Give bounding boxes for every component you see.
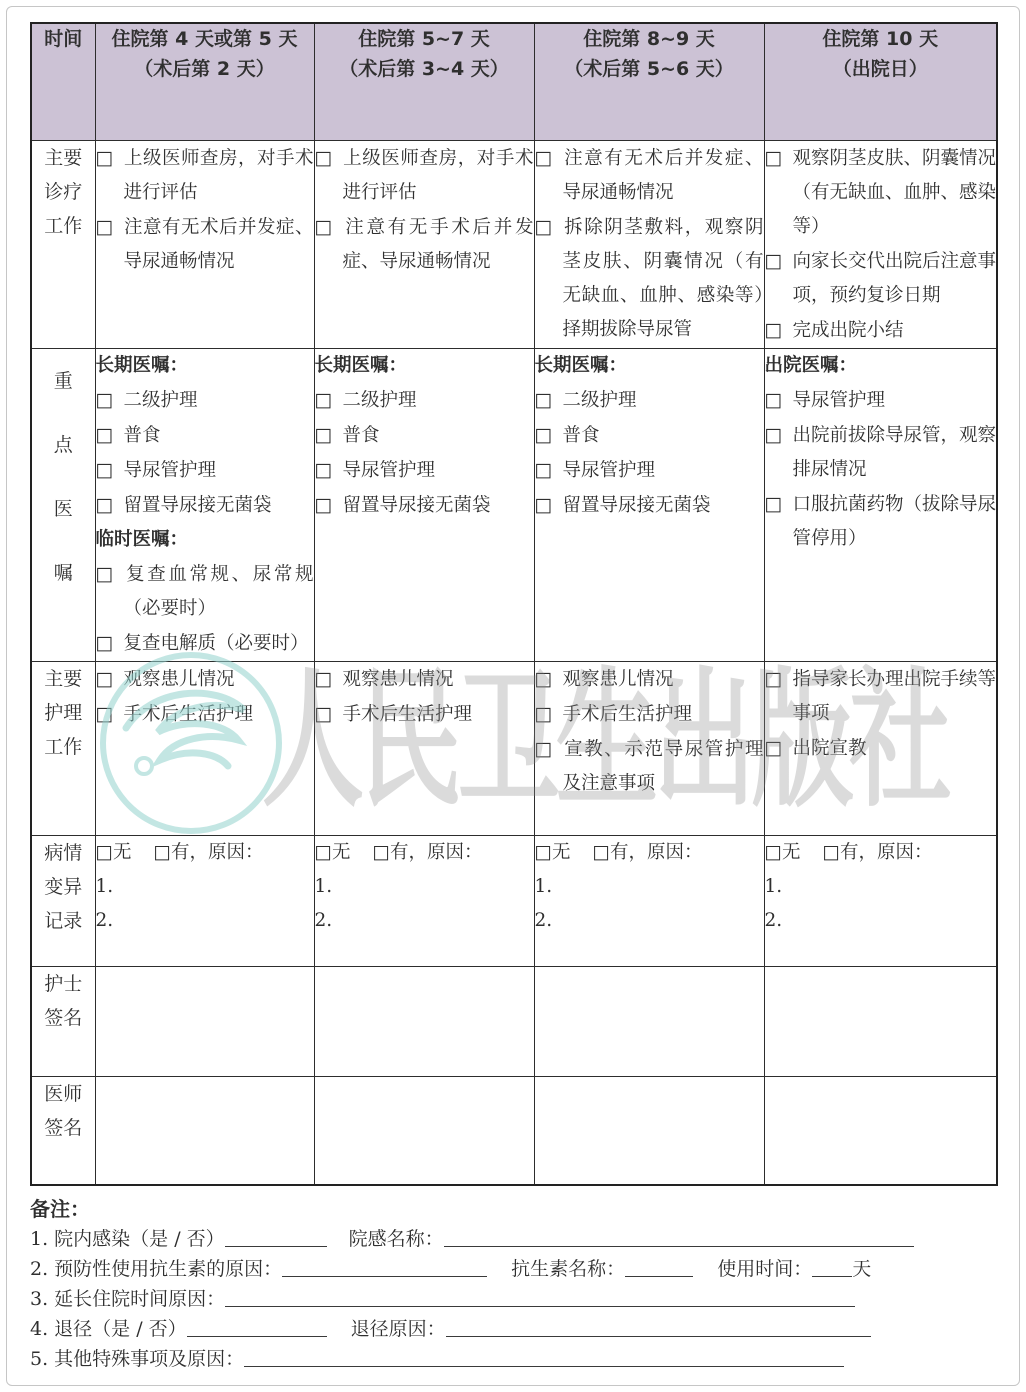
pathway-cell: □观察患儿情况□手术后生活护理□宣教、示范导尿管护理及注意事项: [534, 662, 764, 836]
checklist-item: □出院前拔除导尿管，观察排尿情况: [765, 418, 997, 487]
checklist-item-label: 导尿管护理: [343, 460, 436, 481]
row-label: 医师签名: [31, 1077, 95, 1185]
checklist-item: □导尿管护理: [535, 453, 764, 488]
checklist-item-label: 指导家长办理出院手续等事项: [793, 669, 997, 724]
pathway-cell: □指导家长办理出院手续等事项□出院宣教: [764, 662, 997, 836]
checkbox-icon[interactable]: □: [765, 662, 793, 696]
checklist-item: □普食: [315, 418, 534, 453]
pathway-cell: 长期医嘱：□二级护理□普食□导尿管护理□留置导尿接无菌袋临时医嘱：□复查血常规、…: [95, 349, 314, 662]
checklist-item-label: 留置导尿接无菌袋: [124, 495, 272, 516]
checkbox-icon[interactable]: □: [96, 488, 124, 522]
checklist-item-label: 完成出院小结: [793, 320, 904, 341]
note-text: 退径原因：: [351, 1318, 446, 1340]
checklist-item-label: 出院宣教: [793, 738, 867, 759]
fill-in-line[interactable]: [225, 1229, 327, 1247]
checklist-item-label: 普食: [563, 425, 600, 446]
checkbox-icon[interactable]: □: [535, 732, 563, 766]
column-header-day-3: 住院第 8~9 天（术后第 5~6 天）: [534, 23, 764, 141]
checklist-item-label: 观察阴茎皮肤、阴囊情况（有无缺血、血肿、感染等）: [793, 148, 997, 237]
numbered-line: 1.: [535, 870, 764, 904]
checklist-item-label: 向家长交代出院后注意事项，预约复诊日期: [793, 251, 997, 306]
checklist-item-label: 出院前拔除导尿管，观察排尿情况: [793, 425, 997, 480]
checklist-item-label: 注意有无手术后并发症、导尿通畅情况: [343, 217, 534, 272]
checklist-item-label: 导尿管护理: [793, 390, 886, 411]
checklist-item-label: 二级护理: [343, 390, 417, 411]
checklist-item: □手术后生活护理: [535, 697, 764, 732]
pathway-cell: □无□有，原因：1.2.: [95, 836, 314, 967]
checklist-item: □上级医师查房，对手术进行评估: [96, 141, 314, 210]
checklist-item-label: 导尿管护理: [563, 460, 656, 481]
checkbox-icon[interactable]: □: [823, 842, 840, 863]
pathway-cell: □注意有无术后并发症、导尿通畅情况□拆除阴茎敷料，观察阴茎皮肤、阴囊情况（有无缺…: [534, 141, 764, 349]
checkbox-icon[interactable]: □: [535, 141, 563, 175]
note-text: 抗生素名称：: [511, 1258, 625, 1280]
checklist-item: □普食: [535, 418, 764, 453]
signature-cell[interactable]: [764, 967, 997, 1077]
checklist-item: □出院宣教: [765, 731, 997, 766]
notes-section: 备注： 1. 院内感染（是 / 否）院感名称：2. 预防性使用抗生素的原因：抗生…: [30, 1194, 1010, 1374]
row-label: 重点医嘱: [31, 349, 95, 662]
checklist-item: □观察患儿情况: [96, 662, 314, 697]
checkbox-icon[interactable]: □: [96, 557, 124, 591]
signature-cell[interactable]: [534, 1077, 764, 1185]
checklist-item-label: 复查血常规、尿常规（必要时）: [124, 564, 314, 619]
signature-cell[interactable]: [764, 1077, 997, 1185]
checklist-item: □注意有无手术后并发症、导尿通畅情况: [315, 210, 534, 279]
signature-cell[interactable]: [95, 1077, 314, 1185]
checklist-item-label: 宣教、示范导尿管护理及注意事项: [563, 739, 764, 794]
checklist-item: □观察阴茎皮肤、阴囊情况（有无缺血、血肿、感染等）: [765, 141, 997, 244]
pathway-cell: 长期医嘱：□二级护理□普食□导尿管护理□留置导尿接无菌袋: [314, 349, 534, 662]
checkbox-icon[interactable]: □: [96, 662, 124, 696]
checklist-item: □口服抗菌药物（拔除导尿管停用）: [765, 487, 997, 556]
fill-in-line[interactable]: [625, 1259, 693, 1277]
option-label-yes-reason: 有，原因：: [840, 842, 933, 863]
checklist-item: □注意有无术后并发症、导尿通畅情况: [535, 141, 764, 210]
checklist-item: □普食: [96, 418, 314, 453]
checklist-item-label: 手术后生活护理: [343, 704, 473, 725]
checkbox-icon[interactable]: □: [315, 383, 343, 417]
numbered-line: 2.: [535, 904, 764, 938]
row-label: 病情变异记录: [31, 836, 95, 967]
order-heading: 临时医嘱：: [96, 523, 314, 557]
note-line-5: 5. 其他特殊事项及原因：: [30, 1344, 1010, 1374]
pathway-cell: □上级医师查房，对手术进行评估□注意有无手术后并发症、导尿通畅情况: [314, 141, 534, 349]
note-line-1: 1. 院内感染（是 / 否）院感名称：: [30, 1224, 1010, 1254]
signature-cell[interactable]: [314, 967, 534, 1077]
variation-options: □无□有，原因：: [315, 836, 534, 870]
checklist-item-label: 手术后生活护理: [563, 704, 693, 725]
time-header-cell: 时间: [31, 23, 95, 141]
checklist-item-label: 上级医师查房，对手术进行评估: [124, 148, 314, 203]
pathway-cell: □无□有，原因：1.2.: [764, 836, 997, 967]
fill-in-line[interactable]: [225, 1289, 855, 1307]
variation-options: □无□有，原因：: [535, 836, 764, 870]
checkbox-icon[interactable]: □: [315, 697, 343, 731]
checkbox-icon[interactable]: □: [96, 626, 124, 660]
checklist-item-label: 普食: [343, 425, 380, 446]
checkbox-icon[interactable]: □: [765, 383, 793, 417]
checkbox-icon[interactable]: □: [315, 842, 332, 863]
checklist-item: □导尿管护理: [96, 453, 314, 488]
checklist-item-label: 注意有无术后并发症、导尿通畅情况: [124, 217, 314, 272]
signature-cell[interactable]: [314, 1077, 534, 1185]
variation-options: □无□有，原因：: [96, 836, 314, 870]
row-label: 护士签名: [31, 967, 95, 1077]
checklist-item: □拆除阴茎敷料，观察阴茎皮肤、阴囊情况（有无缺血、血肿、感染等）择期拔除导尿管: [535, 210, 764, 347]
checklist-item: □向家长交代出院后注意事项，预约复诊日期: [765, 244, 997, 313]
option-label-none: 无: [113, 842, 132, 863]
row-label: 主要护理工作: [31, 662, 95, 836]
order-heading: 长期医嘱：: [315, 349, 534, 383]
column-header-day-4: 住院第 10 天（出院日）: [764, 23, 997, 141]
pathway-cell: □观察患儿情况□手术后生活护理: [95, 662, 314, 836]
option-label-yes-reason: 有，原因：: [610, 842, 703, 863]
checklist-item: □二级护理: [535, 383, 764, 418]
checklist-item-label: 观察患儿情况: [343, 669, 454, 690]
checkbox-icon[interactable]: □: [96, 141, 124, 175]
checklist-item-label: 二级护理: [563, 390, 637, 411]
checkbox-icon[interactable]: □: [96, 697, 124, 731]
checklist-item-label: 复查电解质（必要时）: [124, 633, 309, 654]
option-label-yes-reason: 有，原因：: [171, 842, 264, 863]
option-label-none: 无: [332, 842, 351, 863]
checkbox-icon[interactable]: □: [535, 488, 563, 522]
clinical-pathway-table: 时间住院第 4 天或第 5 天（术后第 2 天）住院第 5~7 天（术后第 3~…: [30, 22, 998, 1186]
checklist-item: □观察患儿情况: [535, 662, 764, 697]
checkbox-icon[interactable]: □: [315, 453, 343, 487]
checklist-item-label: 拆除阴茎敷料，观察阴茎皮肤、阴囊情况（有无缺血、血肿、感染等）择期拔除导尿管: [563, 217, 764, 340]
checklist-item-label: 口服抗菌药物（拔除导尿管停用）: [793, 494, 997, 549]
checkbox-icon[interactable]: □: [535, 383, 563, 417]
pathway-cell: □上级医师查房，对手术进行评估□注意有无术后并发症、导尿通畅情况: [95, 141, 314, 349]
order-heading: 长期医嘱：: [535, 349, 764, 383]
checklist-item: □导尿管护理: [315, 453, 534, 488]
checkbox-icon[interactable]: □: [96, 842, 113, 863]
fill-in-line[interactable]: [282, 1259, 487, 1277]
numbered-line: 2.: [315, 904, 534, 938]
column-header-day-2: 住院第 5~7 天（术后第 3~4 天）: [314, 23, 534, 141]
checklist-item-label: 上级医师查房，对手术进行评估: [343, 148, 534, 203]
checkbox-icon[interactable]: □: [765, 487, 793, 521]
checkbox-icon[interactable]: □: [154, 842, 171, 863]
checkbox-icon[interactable]: □: [535, 662, 563, 696]
checklist-item: □导尿管护理: [765, 383, 997, 418]
fill-in-line[interactable]: [812, 1259, 852, 1277]
note-text: 使用时间：: [717, 1258, 812, 1280]
checkbox-icon[interactable]: □: [315, 488, 343, 522]
checklist-item-label: 观察患儿情况: [563, 669, 674, 690]
checklist-item-label: 二级护理: [124, 390, 198, 411]
option-label-none: 无: [782, 842, 801, 863]
order-heading: 长期医嘱：: [96, 349, 314, 383]
checkbox-icon[interactable]: □: [96, 453, 124, 487]
checklist-item: □二级护理: [315, 383, 534, 418]
pathway-cell: □观察阴茎皮肤、阴囊情况（有无缺血、血肿、感染等）□向家长交代出院后注意事项，预…: [764, 141, 997, 349]
fill-in-line[interactable]: [187, 1319, 327, 1337]
checkbox-icon[interactable]: □: [315, 141, 343, 175]
checkbox-icon[interactable]: □: [315, 418, 343, 452]
checklist-item: □指导家长办理出院手续等事项: [765, 662, 997, 731]
note-text: 天: [852, 1258, 871, 1280]
checkbox-icon[interactable]: □: [765, 141, 793, 175]
numbered-line: 1.: [96, 870, 314, 904]
checkbox-icon[interactable]: □: [96, 418, 124, 452]
fill-in-line[interactable]: [444, 1229, 914, 1247]
checklist-item: □留置导尿接无菌袋: [315, 488, 534, 523]
row-label: 主要诊疗工作: [31, 141, 95, 349]
note-line-4: 4. 退径（是 / 否）退径原因：: [30, 1314, 1010, 1344]
checklist-item: □注意有无术后并发症、导尿通畅情况: [96, 210, 314, 279]
notes-title: 备注：: [30, 1194, 1010, 1224]
checkbox-icon[interactable]: □: [315, 210, 343, 244]
option-label-yes-reason: 有，原因：: [390, 842, 483, 863]
checkbox-icon[interactable]: □: [765, 313, 793, 347]
signature-cell[interactable]: [95, 967, 314, 1077]
checkbox-icon[interactable]: □: [765, 731, 793, 765]
checklist-item-label: 观察患儿情况: [124, 669, 235, 690]
checkbox-icon[interactable]: □: [96, 383, 124, 417]
checkbox-icon[interactable]: □: [593, 842, 610, 863]
note-text: 院感名称：: [349, 1228, 444, 1250]
note-text: 1. 院内感染（是 / 否）: [30, 1228, 225, 1250]
numbered-line: 1.: [765, 870, 997, 904]
checklist-item-label: 留置导尿接无菌袋: [343, 495, 491, 516]
checklist-item-label: 注意有无术后并发症、导尿通畅情况: [563, 148, 764, 203]
column-header-day-1: 住院第 4 天或第 5 天（术后第 2 天）: [95, 23, 314, 141]
pathway-cell: □观察患儿情况□手术后生活护理: [314, 662, 534, 836]
checklist-item: □宣教、示范导尿管护理及注意事项: [535, 732, 764, 801]
checklist-item-label: 留置导尿接无菌袋: [563, 495, 711, 516]
checklist-item: □留置导尿接无菌袋: [96, 488, 314, 523]
option-label-none: 无: [552, 842, 571, 863]
checklist-item-label: 导尿管护理: [124, 460, 217, 481]
checkbox-icon[interactable]: □: [535, 418, 563, 452]
note-line-3: 3. 延长住院时间原因：: [30, 1284, 1010, 1314]
checklist-item-label: 手术后生活护理: [124, 704, 254, 725]
checklist-item: □留置导尿接无菌袋: [535, 488, 764, 523]
clinical-pathway-document: 人民卫生出版社 时间住院第 4 天或第 5 天（术后第 2 天）住院第 5~7 …: [0, 0, 1026, 1392]
checklist-item: □观察患儿情况: [315, 662, 534, 697]
signature-cell[interactable]: [534, 967, 764, 1077]
checkbox-icon[interactable]: □: [373, 842, 390, 863]
pathway-cell: □无□有，原因：1.2.: [534, 836, 764, 967]
checkbox-icon[interactable]: □: [535, 842, 552, 863]
checkbox-icon[interactable]: □: [535, 453, 563, 487]
numbered-line: 2.: [765, 904, 997, 938]
checklist-item: □复查电解质（必要时）: [96, 626, 314, 661]
checklist-item-label: 普食: [124, 425, 161, 446]
numbered-line: 1.: [315, 870, 534, 904]
checklist-item: □手术后生活护理: [315, 697, 534, 732]
checkbox-icon[interactable]: □: [535, 210, 563, 244]
note-text: 5. 其他特殊事项及原因：: [30, 1348, 244, 1370]
checkbox-icon[interactable]: □: [96, 210, 124, 244]
checklist-item: □复查血常规、尿常规（必要时）: [96, 557, 314, 626]
checkbox-icon[interactable]: □: [315, 662, 343, 696]
note-text: 3. 延长住院时间原因：: [30, 1288, 225, 1310]
checkbox-icon[interactable]: □: [765, 418, 793, 452]
pathway-cell: 长期医嘱：□二级护理□普食□导尿管护理□留置导尿接无菌袋: [534, 349, 764, 662]
pathway-cell: 出院医嘱：□导尿管护理□出院前拔除导尿管，观察排尿情况□口服抗菌药物（拔除导尿管…: [764, 349, 997, 662]
checklist-item: □二级护理: [96, 383, 314, 418]
checklist-item: □上级医师查房，对手术进行评估: [315, 141, 534, 210]
checkbox-icon[interactable]: □: [765, 842, 782, 863]
note-text: 4. 退径（是 / 否）: [30, 1318, 187, 1340]
checkbox-icon[interactable]: □: [535, 697, 563, 731]
note-text: 2. 预防性使用抗生素的原因：: [30, 1258, 282, 1280]
note-line-2: 2. 预防性使用抗生素的原因：抗生素名称：使用时间：天: [30, 1254, 1010, 1284]
checklist-item: □手术后生活护理: [96, 697, 314, 732]
numbered-line: 2.: [96, 904, 314, 938]
checklist-item: □完成出院小结: [765, 313, 997, 348]
fill-in-line[interactable]: [446, 1319, 871, 1337]
table-header: 时间住院第 4 天或第 5 天（术后第 2 天）住院第 5~7 天（术后第 3~…: [31, 23, 997, 141]
pathway-cell: □无□有，原因：1.2.: [314, 836, 534, 967]
variation-options: □无□有，原因：: [765, 836, 997, 870]
order-heading: 出院医嘱：: [765, 349, 997, 383]
fill-in-line[interactable]: [244, 1349, 844, 1367]
checkbox-icon[interactable]: □: [765, 244, 793, 278]
